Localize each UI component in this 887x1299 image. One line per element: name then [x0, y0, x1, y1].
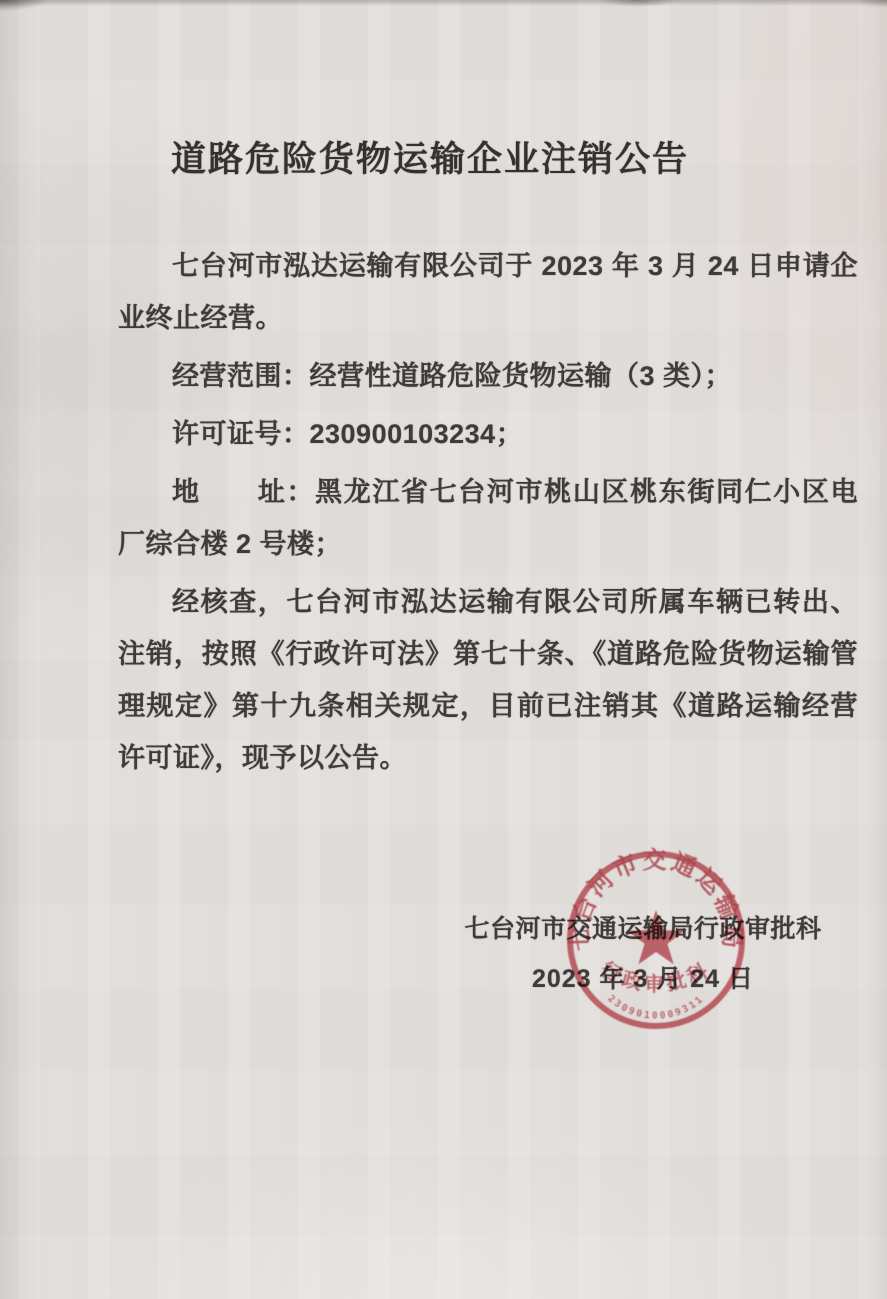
paragraph-license-number: 许可证号：230900103234； [118, 408, 858, 460]
svg-text:2309010009311: 2309010009311 [605, 993, 706, 1022]
seal-code-text: 2309010009311 [605, 993, 706, 1022]
paragraph-verification: 经核查，七台河市泓达运输有限公司所属车辆已转出、注销，按照《行政许可法》第七十条… [118, 576, 858, 784]
photographed-notice-page: 道路危险货物运输企业注销公告 七台河市泓达运输有限公司于 2023 年 3 月 … [0, 0, 887, 1299]
signature-block: 七台河市交通运输局行政审批科 2023 年 3 月 24 日 [408, 912, 878, 996]
issue-date: 2023 年 3 月 24 日 [408, 962, 878, 996]
paragraph-address: 地 址：黑龙江省七台河市桃山区桃东街同仁小区电厂综合楼 2 号楼； [118, 466, 858, 570]
paragraph-application: 七台河市泓达运输有限公司于 2023 年 3 月 24 日申请企业终止经营。 [118, 240, 858, 344]
notice-title: 道路危险货物运输企业注销公告 [0, 132, 860, 182]
paragraph-business-scope: 经营范围：经营性道路危险货物运输（3 类）； [118, 350, 858, 402]
issuer-name: 七台河市交通运输局行政审批科 [408, 912, 878, 946]
notice-body: 七台河市泓达运输有限公司于 2023 年 3 月 24 日申请企业终止经营。 经… [118, 240, 858, 790]
